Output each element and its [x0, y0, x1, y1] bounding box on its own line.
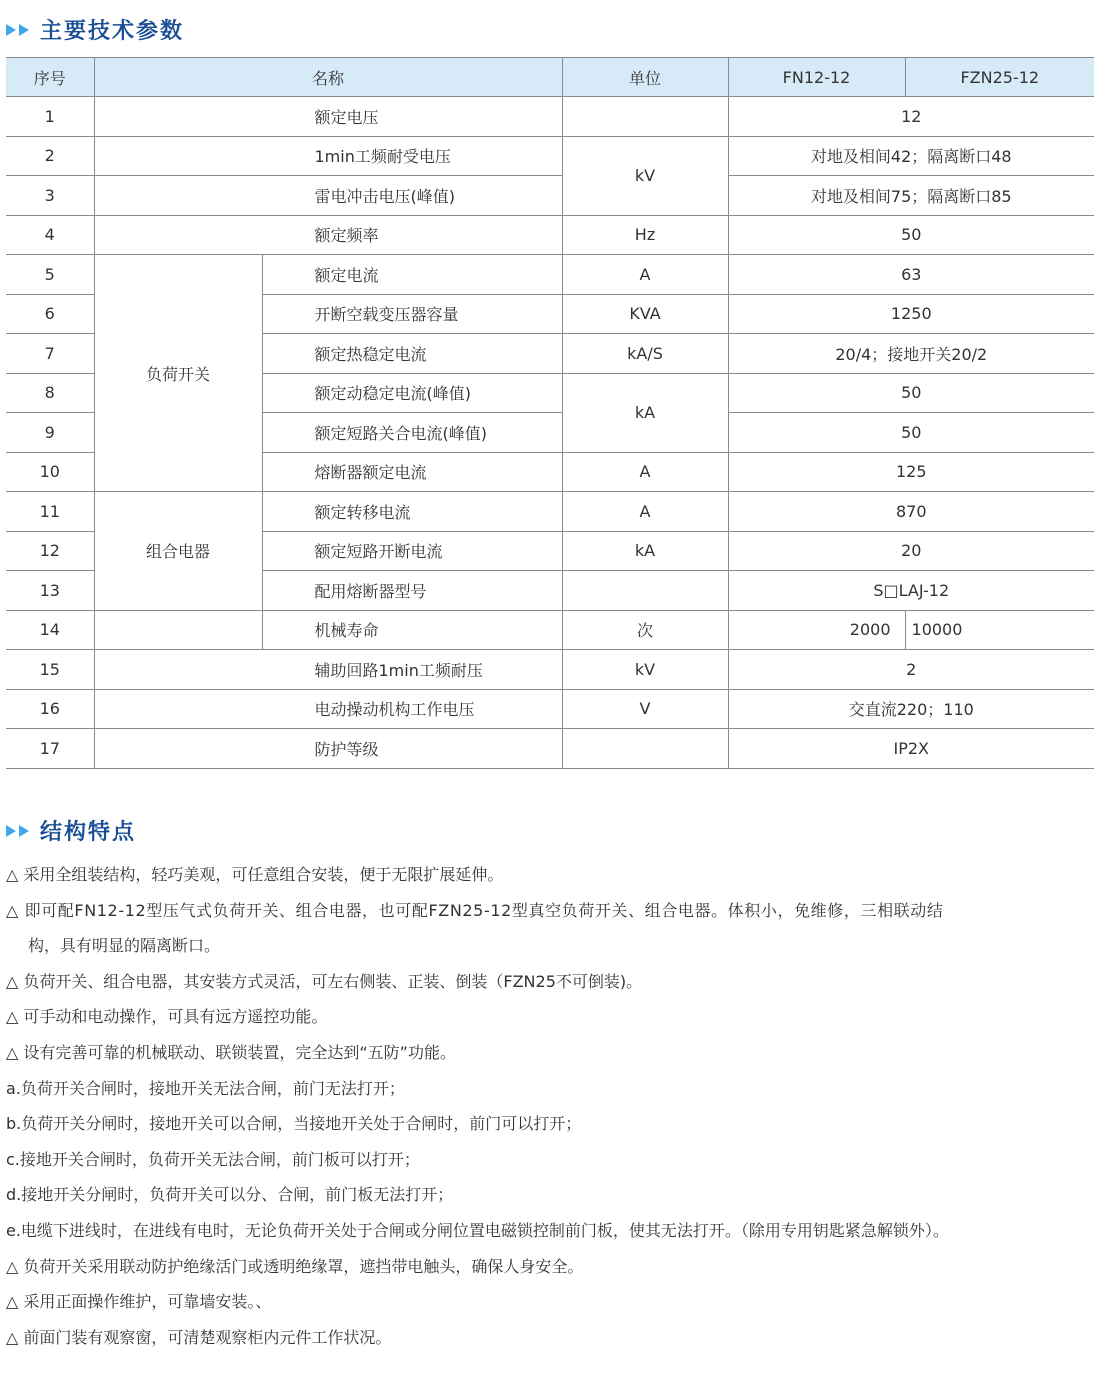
interlock-item-c: c.接地开关合闸时，负荷开关无法合闸，前门板可以打开； [6, 1142, 1100, 1178]
row-no: 13 [6, 571, 94, 611]
row-value: 对地及相间75；隔离断口85 [728, 176, 1094, 216]
spec-section-title: 主要技术参数 [6, 14, 184, 45]
row-name: 额定频率 [94, 215, 562, 255]
row-value-b: 10000 [905, 610, 1094, 650]
table-row: 1 额定电压 12 [6, 97, 1094, 137]
interlock-item-d: d.接地开关分闸时，负荷开关可以分、合闸，前门板无法打开； [6, 1177, 1100, 1213]
row-no: 1 [6, 97, 94, 137]
features-section-title: 结构特点 [6, 815, 136, 846]
spec-table: 序号 名称 单位 FN12-12 FZN25-12 1 额定电压 12 2 1m… [6, 57, 1094, 769]
row-unit: kA [562, 531, 728, 571]
features-list: △ 采用全组装结构，轻巧美观，可任意组合安装，便于无限扩展延伸。 △ 即可配FN… [6, 857, 1100, 1355]
row-no: 10 [6, 452, 94, 492]
row-unit: A [562, 492, 728, 532]
row-value: 50 [728, 215, 1094, 255]
row-value: 63 [728, 255, 1094, 295]
row-name: 额定动稳定电流(峰值) [262, 373, 562, 413]
row-unit-merged: kV [562, 136, 728, 215]
row-no: 15 [6, 650, 94, 690]
row-value: 对地及相间42；隔离断口48 [728, 136, 1094, 176]
row-no: 9 [6, 413, 94, 453]
header-model-a: FN12-12 [728, 58, 905, 97]
row-unit [562, 97, 728, 137]
table-row: 17 防护等级 IP2X [6, 729, 1094, 769]
table-row: 14 机械寿命 次 2000 10000 [6, 610, 1094, 650]
row-name: 额定转移电流 [262, 492, 562, 532]
row-no: 3 [6, 176, 94, 216]
feature-line: △ 前面门装有观察窗，可清楚观察柜内元件工作状况。 [6, 1320, 1100, 1356]
table-row: 16 电动操动机构工作电压 V 交直流220；110 [6, 689, 1094, 729]
row-name: 额定电流 [262, 255, 562, 295]
table-row: 4 额定频率 Hz 50 [6, 215, 1094, 255]
double-arrow-icon [6, 825, 32, 837]
interlock-item-e: e.电缆下进线时，在进线有电时，无论负荷开关处于合闸或分闸位置电磁锁控制前门板，… [6, 1213, 1100, 1249]
row-group-empty [94, 610, 262, 650]
row-value: 20/4；接地开关20/2 [728, 334, 1094, 374]
row-no: 6 [6, 294, 94, 334]
table-row: 11 组合电器 额定转移电流 A 870 [6, 492, 1094, 532]
row-value: 50 [728, 413, 1094, 453]
row-value: 870 [728, 492, 1094, 532]
group-load-switch: 负荷开关 [94, 255, 262, 492]
feature-line: △ 设有完善可靠的机械联动、联锁装置，完全达到“五防”功能。 [6, 1035, 1100, 1071]
feature-line: △ 即可配FN12-12型压气式负荷开关、组合电器，也可配FZN25-12型真空… [6, 893, 1100, 929]
feature-line: △ 可手动和电动操作，可具有远方遥控功能。 [6, 999, 1100, 1035]
row-value: 交直流220；110 [728, 689, 1094, 729]
row-value: S□LAJ-12 [728, 571, 1094, 611]
row-name: 机械寿命 [262, 610, 562, 650]
features-title-text: 结构特点 [40, 815, 136, 846]
row-unit: A [562, 255, 728, 295]
row-name: 雷电冲击电压(峰值) [94, 176, 562, 216]
row-value: 50 [728, 373, 1094, 413]
row-no: 2 [6, 136, 94, 176]
header-unit: 单位 [562, 58, 728, 97]
row-no: 8 [6, 373, 94, 413]
row-name: 开断空载变压器容量 [262, 294, 562, 334]
row-no: 17 [6, 729, 94, 769]
header-name: 名称 [94, 58, 562, 97]
header-no: 序号 [6, 58, 94, 97]
row-unit: Hz [562, 215, 728, 255]
feature-line: △ 采用正面操作维护，可靠墙安装。、 [6, 1284, 1100, 1320]
row-value: IP2X [728, 729, 1094, 769]
row-name: 熔断器额定电流 [262, 452, 562, 492]
row-value-a: 2000 [728, 610, 905, 650]
row-unit-merged: kA [562, 373, 728, 452]
table-row: 2 1min工频耐受电压 kV 对地及相间42；隔离断口48 [6, 136, 1094, 176]
row-no: 14 [6, 610, 94, 650]
row-value: 2 [728, 650, 1094, 690]
feature-line: △ 负荷开关、组合电器，其安装方式灵活，可左右侧装、正装、倒装（FZN25不可倒… [6, 964, 1100, 1000]
row-unit: V [562, 689, 728, 729]
row-name: 防护等级 [94, 729, 562, 769]
row-value: 125 [728, 452, 1094, 492]
row-no: 7 [6, 334, 94, 374]
row-no: 11 [6, 492, 94, 532]
row-unit [562, 729, 728, 769]
feature-line-continuation: 构，具有明显的隔离断口。 [6, 928, 1100, 964]
row-name: 电动操动机构工作电压 [94, 689, 562, 729]
row-unit: 次 [562, 610, 728, 650]
row-value: 1250 [728, 294, 1094, 334]
row-value: 12 [728, 97, 1094, 137]
row-unit: kV [562, 650, 728, 690]
feature-line: △ 采用全组装结构，轻巧美观，可任意组合安装，便于无限扩展延伸。 [6, 857, 1100, 893]
row-name: 额定短路开断电流 [262, 531, 562, 571]
row-no: 16 [6, 689, 94, 729]
row-value: 20 [728, 531, 1094, 571]
row-unit [562, 571, 728, 611]
row-no: 5 [6, 255, 94, 295]
row-unit: KVA [562, 294, 728, 334]
group-combined: 组合电器 [94, 492, 262, 611]
row-name: 1min工频耐受电压 [94, 136, 562, 176]
header-model-b: FZN25-12 [905, 58, 1094, 97]
row-unit: kA/S [562, 334, 728, 374]
row-name: 额定短路关合电流(峰值) [262, 413, 562, 453]
row-no: 4 [6, 215, 94, 255]
double-arrow-icon [6, 24, 32, 36]
row-name: 额定电压 [94, 97, 562, 137]
interlock-item-b: b.负荷开关分闸时，接地开关可以合闸，当接地开关处于合闸时，前门可以打开； [6, 1106, 1100, 1142]
table-header-row: 序号 名称 单位 FN12-12 FZN25-12 [6, 58, 1094, 97]
row-name: 配用熔断器型号 [262, 571, 562, 611]
table-row: 5 负荷开关 额定电流 A 63 [6, 255, 1094, 295]
table-row: 3 雷电冲击电压(峰值) 对地及相间75；隔离断口85 [6, 176, 1094, 216]
row-no: 12 [6, 531, 94, 571]
row-name: 辅助回路1min工频耐压 [94, 650, 562, 690]
table-row: 15 辅助回路1min工频耐压 kV 2 [6, 650, 1094, 690]
interlock-item-a: a.负荷开关合闸时，接地开关无法合闸，前门无法打开； [6, 1071, 1100, 1107]
row-name: 额定热稳定电流 [262, 334, 562, 374]
spec-title-text: 主要技术参数 [40, 14, 184, 45]
row-unit: A [562, 452, 728, 492]
feature-line: △ 负荷开关采用联动防护绝缘活门或透明绝缘罩，遮挡带电触头，确保人身安全。 [6, 1249, 1100, 1285]
